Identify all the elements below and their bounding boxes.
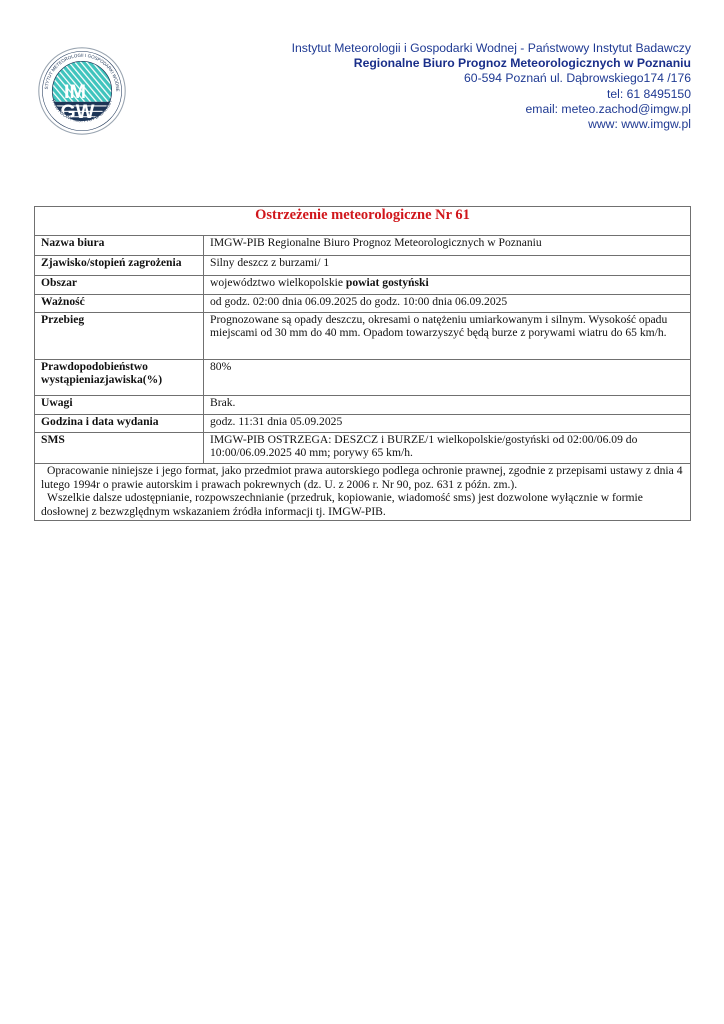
area-county: powiat gostyński [346, 276, 429, 289]
row-value: Prognozowane są opady deszczu, okresami … [204, 313, 691, 360]
row-label: Przebieg [35, 313, 204, 360]
svg-text:IM: IM [64, 81, 86, 103]
imgw-logo: IM GW INSTYTUT METEOROLOGII I GOSPODARKI… [37, 46, 127, 136]
row-value: województwo wielkopolskie powiat gostyńs… [204, 276, 691, 295]
row-label: Prawdopodobieństwo wystąpieniazjawiska(%… [35, 360, 204, 396]
table-row: Uwagi Brak. [35, 396, 691, 415]
row-label: SMS [35, 433, 204, 464]
row-label: Godzina i data wydania [35, 415, 204, 433]
redistribution-paragraph: Wszelkie dalsze udostępnianie, rozpowsze… [41, 491, 684, 518]
table-row: Przebieg Prognozowane są opady deszczu, … [35, 313, 691, 360]
institute-name: Instytut Meteorologii i Gospodarki Wodne… [292, 41, 691, 56]
row-label: Obszar [35, 276, 204, 295]
warning-title: Ostrzeżenie meteorologiczne Nr 61 [35, 207, 691, 236]
row-label: Zjawisko/stopień zagrożenia [35, 256, 204, 276]
area-region: województwo wielkopolskie [210, 276, 346, 289]
row-value: IMGW-PIB OSTRZEGA: DESZCZ i BURZE/1 wiel… [204, 433, 691, 464]
row-label: Nazwa biura [35, 236, 204, 256]
institute-header: Instytut Meteorologii i Gospodarki Wodne… [292, 41, 691, 132]
imgw-logo-icon: IM GW INSTYTUT METEOROLOGII I GOSPODARKI… [37, 46, 127, 136]
warning-table: Ostrzeżenie meteorologiczne Nr 61 Nazwa … [34, 206, 691, 521]
office-name: Regionalne Biuro Prognoz Meteorologiczny… [292, 56, 691, 71]
table-row: SMS IMGW-PIB OSTRZEGA: DESZCZ i BURZE/1 … [35, 433, 691, 464]
table-row: Prawdopodobieństwo wystąpieniazjawiska(%… [35, 360, 691, 396]
table-row: Zjawisko/stopień zagrożenia Silny deszcz… [35, 256, 691, 276]
table-row: Ważność od godz. 02:00 dnia 06.09.2025 d… [35, 295, 691, 313]
table-row: Obszar województwo wielkopolskie powiat … [35, 276, 691, 295]
table-row: Nazwa biura IMGW-PIB Regionalne Biuro Pr… [35, 236, 691, 256]
office-address: 60-594 Poznań ul. Dąbrowskiego174 /176 [292, 71, 691, 86]
row-label: Ważność [35, 295, 204, 313]
row-value: 80% [204, 360, 691, 396]
row-value: godz. 11:31 dnia 05.09.2025 [204, 415, 691, 433]
row-value: Brak. [204, 396, 691, 415]
row-value: od godz. 02:00 dnia 06.09.2025 do godz. … [204, 295, 691, 313]
office-website[interactable]: www: www.imgw.pl [292, 117, 691, 132]
table-row: Godzina i data wydania godz. 11:31 dnia … [35, 415, 691, 433]
copyright-notice: Opracowanie niniejsze i jego format, jak… [35, 464, 691, 521]
row-value: Silny deszcz z burzami/ 1 [204, 256, 691, 276]
row-label: Uwagi [35, 396, 204, 415]
copyright-paragraph: Opracowanie niniejsze i jego format, jak… [41, 464, 684, 491]
row-value: IMGW-PIB Regionalne Biuro Prognoz Meteor… [204, 236, 691, 256]
office-email[interactable]: email: meteo.zachod@imgw.pl [292, 102, 691, 117]
office-phone: tel: 61 8495150 [292, 87, 691, 102]
